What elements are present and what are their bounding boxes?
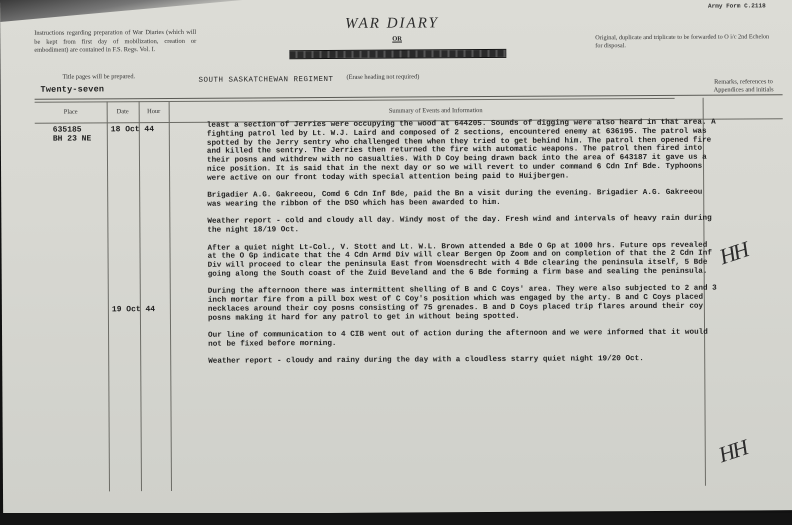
col-divider-hour (169, 101, 172, 491)
struck-out-heading (289, 49, 506, 59)
unit-heading-hint: (Erase heading not required) (346, 73, 419, 80)
col-divider-date (139, 101, 142, 491)
col-divider-place (107, 101, 110, 491)
entry-place: 635185 BH 23 NE (53, 125, 92, 143)
column-header-summary: Summary of Events and Information (169, 106, 703, 116)
column-header-place: Place (35, 108, 107, 115)
title-or: OR (392, 36, 402, 43)
form-reference: Army Form C.2118 (708, 2, 766, 9)
entry-summary: least a section of Jerries were occupyin… (207, 119, 718, 236)
instructions-note: Instructions regarding preparation of Wa… (34, 29, 196, 56)
column-header-date: Date (107, 108, 139, 115)
entry-date: 19 Oct 44 (112, 305, 155, 314)
column-header-hour: Hour (139, 108, 169, 115)
summary-paragraph: During the afternoon there was intermitt… (208, 285, 718, 323)
remarks-initials: HH (715, 435, 750, 468)
summary-of-events: least a section of Jerries were occupyin… (207, 119, 719, 376)
diary-table: Place Date Hour Summary of Events and In… (35, 94, 785, 492)
summary-paragraph: least a section of Jerries were occupyin… (207, 119, 717, 183)
unit-name: SOUTH SASKATCHEWAN REGIMENT (198, 76, 333, 85)
summary-paragraph: Our line of communication to 4 CIB went … (208, 329, 718, 350)
column-header-remarks: Remarks, references to Appendices and in… (704, 78, 782, 94)
summary-paragraph: After a quiet night Lt-Col., V. Stott an… (207, 241, 717, 279)
summary-paragraph: Weather report - cold and cloudy all day… (207, 215, 717, 236)
entry-summary: After a quiet night Lt-Col., V. Stott an… (207, 241, 718, 367)
summary-paragraph: Weather report - cloudy and rainy during… (208, 355, 718, 367)
title-pages-note: Title pages will be prepared. (62, 73, 135, 80)
document-title: WAR DIARY (345, 15, 439, 33)
page-count: Twenty-seven (41, 84, 105, 94)
war-diary-page: Instructions regarding preparation of Wa… (0, 0, 792, 515)
summary-paragraph: Brigadier A.G. Gakreeou, Comd 6 Cdn Inf … (207, 189, 717, 210)
entry-date: 18 Oct 44 (111, 125, 154, 134)
remarks-initials: HH (716, 237, 751, 270)
page-bottom-edge (0, 513, 792, 525)
page-corner-shadow (0, 0, 260, 22)
disposal-note: Original, duplicate and triplicate to be… (595, 33, 775, 51)
